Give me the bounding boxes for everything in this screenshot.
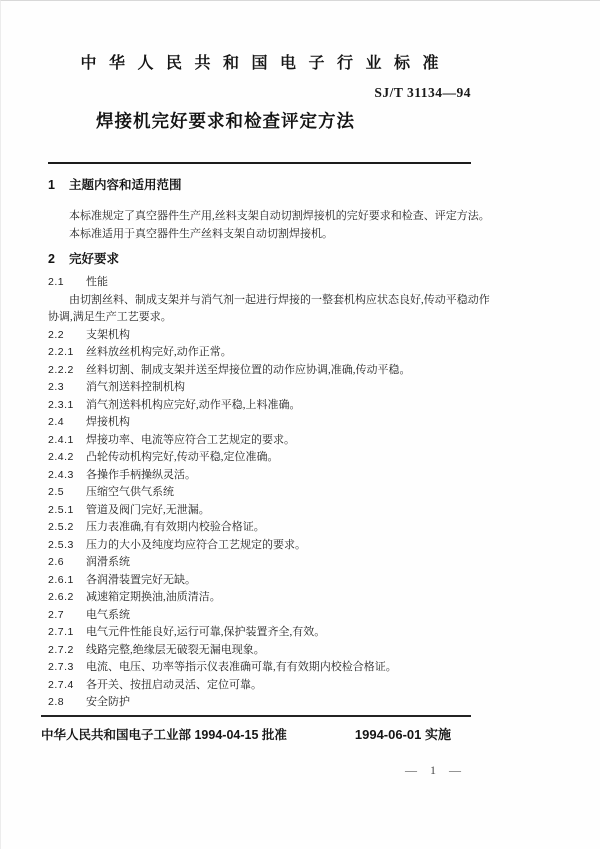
section1-body: 本标准规定了真空器件生产用,丝料支架自动切割焊接机的完好要求和检查、评定方法。 …: [48, 207, 471, 243]
approval-text: 中华人民共和国电子工业部 1994-04-15 批准: [41, 725, 287, 743]
clause-text: 压缩空气供气系统: [86, 484, 174, 502]
clause-number: 2.5: [48, 484, 86, 502]
clause-number: 2.6.2: [48, 589, 86, 607]
clause-2-1-paragraph-line: 协调,满足生产工艺要求。: [48, 309, 471, 327]
clause-text: 压力的大小及纯度均应符合工艺规定的要求。: [86, 537, 306, 555]
section1-paragraph: 本标准规定了真空器件生产用,丝料支架自动切割焊接机的完好要求和检查、评定方法。: [48, 207, 471, 225]
clause-text: 消气剂送料控制机构: [86, 379, 185, 397]
implementation-text: 1994-06-01 实施: [355, 724, 471, 743]
section2-heading-text: 完好要求: [69, 252, 119, 266]
clause-2-5-1: 2.5.1 管道及阀门完好,无泄漏。: [48, 502, 471, 520]
clause-number: 2.3.1: [48, 397, 86, 415]
clause-2-5-2: 2.5.2 压力表准确,有有效期内校验合格证。: [48, 519, 471, 537]
clause-number: 2.6: [48, 554, 86, 572]
clause-text: 管道及阀门完好,无泄漏。: [86, 502, 210, 520]
clause-2-1-paragraph-line: 由切割丝料、制成支架并与消气剂一起进行焊接的一整套机构应状态良好,传动平稳动作: [48, 292, 471, 310]
clause-text: 电气系统: [86, 607, 130, 625]
clause-number: 2.2.1: [48, 344, 86, 362]
clause-number: 2.3: [48, 379, 86, 397]
clause-text: 电气元件性能良好,运行可靠,保护装置齐全,有效。: [86, 624, 325, 642]
clause-number: 2.7: [48, 607, 86, 625]
section1-number: 1: [48, 178, 69, 192]
clause-text: 各润滑装置完好无缺。: [86, 572, 196, 590]
clause-2-6-1: 2.6.1 各润滑装置完好无缺。: [48, 572, 471, 590]
clause-2-4: 2.4 焊接机构: [48, 414, 471, 432]
clause-text: 润滑系统: [86, 554, 130, 572]
clause-number: 2.2: [48, 327, 86, 345]
clause-2-2-2: 2.2.2 丝料切割、制成支架并送至焊接位置的动作应协调,准确,传动平稳。: [48, 362, 471, 380]
clause-2-7-4: 2.7.4 各开关、按扭启动灵活、定位可靠。: [48, 677, 471, 695]
section1-heading: 1 主题内容和适用范围: [48, 178, 471, 192]
clause-2-2-1: 2.2.1 丝料放丝机构完好,动作正常。: [48, 344, 471, 362]
document-page: 中华人民共和国电子行业标准 SJ/T 31134—94 焊接机完好要求和检查评定…: [0, 0, 600, 849]
footer-rule: [41, 715, 471, 717]
clause-text: 消气剂送料机构应完好,动作平稳,上料准确。: [86, 397, 301, 415]
clause-2-7-2: 2.7.2 线路完整,绝缘层无破裂无漏电现象。: [48, 642, 471, 660]
clause-number: 2.7.1: [48, 624, 86, 642]
section1-paragraph: 本标准适用于真空器件生产丝料支架自动切割焊接机。: [48, 225, 471, 243]
clause-2-1: 2.1 性能: [48, 274, 471, 292]
section2-number: 2: [48, 252, 69, 266]
page-number: — 1 —: [48, 763, 471, 778]
clause-2-5: 2.5 压缩空气供气系统: [48, 484, 471, 502]
clause-text: 焊接功率、电流等应符合工艺规定的要求。: [86, 432, 295, 450]
section2-heading: 2 完好要求: [48, 252, 471, 266]
clause-number: 2.7.2: [48, 642, 86, 660]
clause-number: 2.8: [48, 694, 86, 712]
clause-number: 2.2.2: [48, 362, 86, 380]
clause-number: 2.1: [48, 274, 86, 292]
clause-text: 各开关、按扭启动灵活、定位可靠。: [86, 677, 262, 695]
clause-2-7-3: 2.7.3 电流、电压、功率等指示仪表准确可靠,有有效期内校检合格证。: [48, 659, 471, 677]
header-rule: [48, 162, 471, 164]
clause-text: 线路完整,绝缘层无破裂无漏电现象。: [86, 642, 265, 660]
clause-2-6: 2.6 润滑系统: [48, 554, 471, 572]
clause-2-5-3: 2.5.3 压力的大小及纯度均应符合工艺规定的要求。: [48, 537, 471, 555]
clause-2-7-1: 2.7.1 电气元件性能良好,运行可靠,保护装置齐全,有效。: [48, 624, 471, 642]
clause-text: 焊接机构: [86, 414, 130, 432]
clause-text: 各操作手柄操纵灵活。: [86, 467, 196, 485]
document-content: 中华人民共和国电子行业标准 SJ/T 31134—94 焊接机完好要求和检查评定…: [48, 1, 471, 778]
clause-text: 减速箱定期换油,油质清洁。: [86, 589, 221, 607]
clause-2-3: 2.3 消气剂送料控制机构: [48, 379, 471, 397]
clause-text: 性能: [86, 274, 108, 292]
standard-org-line: 中华人民共和国电子行业标准: [48, 1, 471, 73]
clause-number: 2.4.2: [48, 449, 86, 467]
clause-2-6-2: 2.6.2 减速箱定期换油,油质清洁。: [48, 589, 471, 607]
clause-text: 凸轮传动机构完好,传动平稳,定位准确。: [86, 449, 279, 467]
clause-text: 丝料放丝机构完好,动作正常。: [86, 344, 232, 362]
clause-number: 2.5.1: [48, 502, 86, 520]
clause-number: 2.4.3: [48, 467, 86, 485]
clause-number: 2.6.1: [48, 572, 86, 590]
clause-number: 2.4: [48, 414, 86, 432]
clause-number: 2.4.1: [48, 432, 86, 450]
document-title: 焊接机完好要求和检查评定方法: [96, 108, 471, 133]
clause-2-8: 2.8 安全防护: [48, 694, 471, 712]
clause-number: 2.5.3: [48, 537, 86, 555]
clause-text: 支架机构: [86, 327, 130, 345]
clause-2-7: 2.7 电气系统: [48, 607, 471, 625]
clause-number: 2.5.2: [48, 519, 86, 537]
clause-text: 压力表准确,有有效期内校验合格证。: [86, 519, 265, 537]
clause-2-3-1: 2.3.1 消气剂送料机构应完好,动作平稳,上料准确。: [48, 397, 471, 415]
section1-heading-text: 主题内容和适用范围: [69, 178, 182, 192]
clause-number: 2.7.4: [48, 677, 86, 695]
clause-2-2: 2.2 支架机构: [48, 327, 471, 345]
clause-number: 2.7.3: [48, 659, 86, 677]
clause-text: 丝料切割、制成支架并送至焊接位置的动作应协调,准确,传动平稳。: [86, 362, 411, 380]
clause-2-4-2: 2.4.2 凸轮传动机构完好,传动平稳,定位准确。: [48, 449, 471, 467]
standard-number: SJ/T 31134—94: [48, 85, 471, 101]
clause-text: 电流、电压、功率等指示仪表准确可靠,有有效期内校检合格证。: [86, 659, 397, 677]
clause-2-4-1: 2.4.1 焊接功率、电流等应符合工艺规定的要求。: [48, 432, 471, 450]
clause-list: 2.1 性能 由切割丝料、制成支架并与消气剂一起进行焊接的一整套机构应状态良好,…: [48, 274, 471, 712]
clause-text: 安全防护: [86, 694, 130, 712]
footer-row: 中华人民共和国电子工业部 1994-04-15 批准 1994-06-01 实施: [41, 724, 471, 743]
clause-2-4-3: 2.4.3 各操作手柄操纵灵活。: [48, 467, 471, 485]
